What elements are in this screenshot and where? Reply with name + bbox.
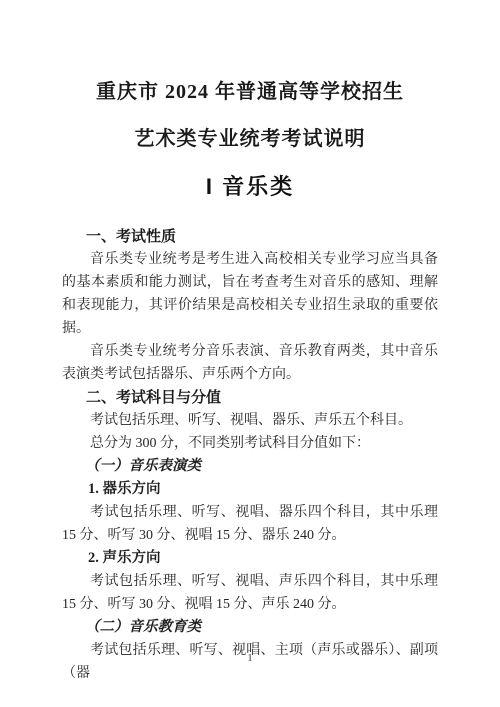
subheading-music-education: （二）音乐教育类	[62, 616, 438, 639]
document-title-block: 重庆市 2024 年普通高等学校招生 艺术类专业统考考试说明 I 音乐类	[0, 0, 500, 200]
paragraph-instrumental-scores: 考试包括乐理、听写、视唱、器乐四个科目，其中乐理 15 分、听写 30 分、视唱…	[62, 501, 438, 547]
page-number: 1	[0, 651, 500, 665]
document-title-line-2: 艺术类专业统考考试说明	[0, 127, 500, 151]
paragraph-subjects-list: 考试包括乐理、听写、视唱、器乐、声乐五个科目。	[62, 409, 438, 432]
document-page: 重庆市 2024 年普通高等学校招生 艺术类专业统考考试说明 I 音乐类 一、考…	[0, 0, 500, 707]
paragraph-exam-nature-2: 音乐类专业统考分音乐表演、音乐教育两类，其中音乐表演类考试包括器乐、声乐两个方向…	[62, 340, 438, 386]
paragraph-exam-nature-1: 音乐类专业统考是考生进入高校相关专业学习应当具备的基本素质和能力测试，旨在考查考…	[62, 248, 438, 340]
subheading-music-performance: （一）音乐表演类	[62, 455, 438, 478]
paragraph-total-score: 总分为 300 分，不同类别考试科目分值如下：	[62, 432, 438, 455]
document-title-line-1: 重庆市 2024 年普通高等学校招生	[0, 80, 500, 104]
document-body: 一、考试性质 音乐类专业统考是考生进入高校相关专业学习应当具备的基本素质和能力测…	[62, 225, 438, 685]
numbered-heading-vocal: 2. 声乐方向	[62, 547, 438, 570]
paragraph-vocal-scores: 考试包括乐理、听写、视唱、声乐四个科目，其中乐理 15 分、听写 30 分、视唱…	[62, 570, 438, 616]
numbered-heading-instrumental: 1. 器乐方向	[62, 478, 438, 501]
document-section-title-music: I 音乐类	[0, 174, 500, 200]
heading-subjects-scores: 二、考试科目与分值	[62, 386, 438, 409]
heading-exam-nature: 一、考试性质	[62, 225, 438, 248]
